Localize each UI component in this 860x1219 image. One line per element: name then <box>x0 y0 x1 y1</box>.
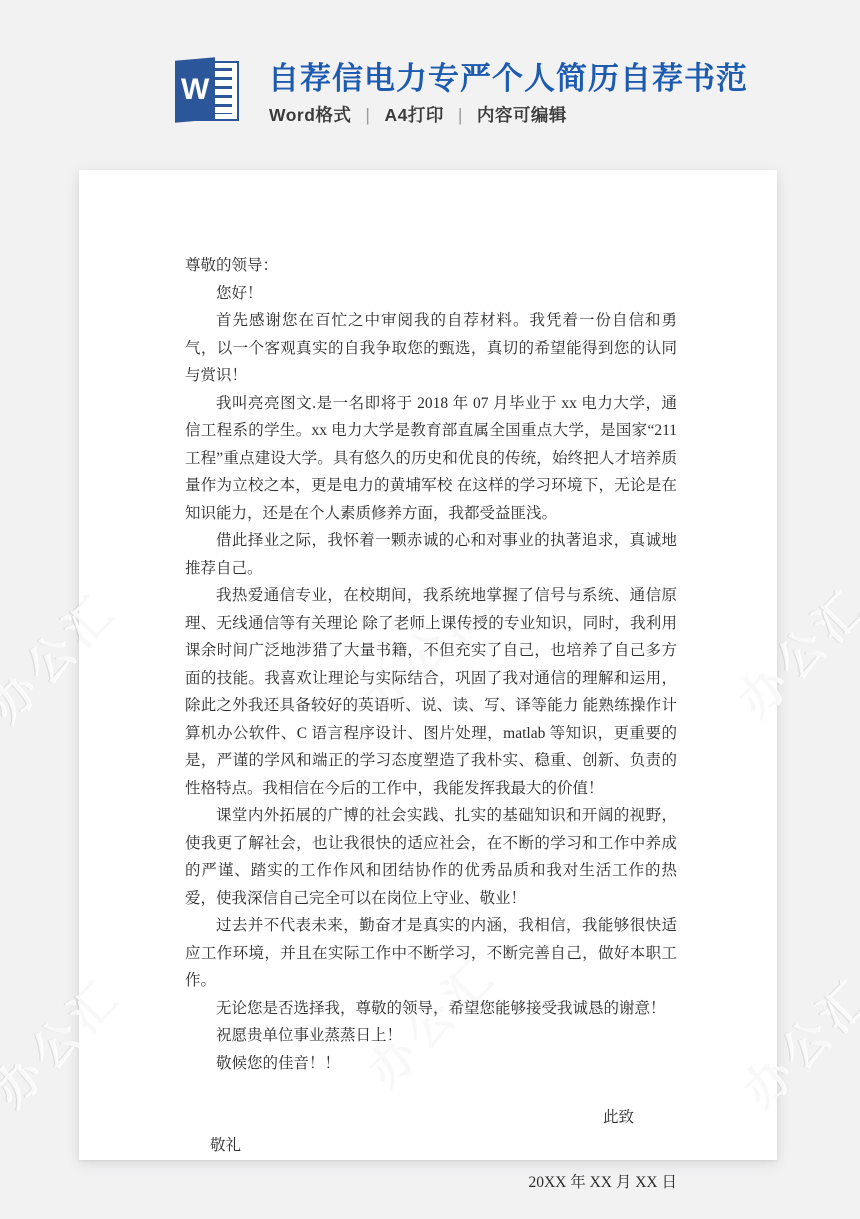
watermark-text: 办公汇 <box>720 570 860 729</box>
badge-a4-print: A4打印 <box>384 105 443 125</box>
letter-paragraph: 敬候您的佳音！！ <box>185 1050 677 1078</box>
site-header: W 自荐信电力专严个人简历自荐书范 Word格式|A4打印|内容可编辑 <box>0 0 860 150</box>
closing-date: 20XX 年 XX 月 XX 日 <box>185 1169 677 1197</box>
letter-paragraph: 无论您是否选择我，尊敬的领导，希望您能够接受我诚恳的谢意！ <box>185 995 677 1023</box>
badge-separator: | <box>365 105 370 125</box>
word-file-icon: W <box>175 56 243 128</box>
format-badges: Word格式|A4打印|内容可编辑 <box>269 102 567 127</box>
word-letter: W <box>181 73 209 107</box>
page-title: 自荐信电力专严个人简历自荐书范 <box>268 53 748 98</box>
badge-separator: | <box>458 105 463 125</box>
letter-paragraph: 我热爱通信专业，在校期间，我系统地掌握了信号与系统、通信原理、无线通信等有关理论… <box>185 582 677 802</box>
letter-paragraphs: 您好！首先感谢您在百忙之中审阅我的自荐材料。我凭着一份自信和勇气，以一个客观真实… <box>185 280 677 1078</box>
letter-content: 尊敬的领导： 您好！首先感谢您在百忙之中审阅我的自荐材料。我凭着一份自信和勇气，… <box>185 252 677 1120</box>
letter-paragraph: 我叫亮亮图文.是一名即将于 2018 年 07 月毕业于 xx 电力大学，通信工… <box>185 390 677 528</box>
badge-word-format: Word格式 <box>269 105 351 125</box>
letter-paragraph: 课堂内外拓展的广博的社会实践、扎实的基础知识和开阔的视野，使我更了解社会，也让我… <box>185 802 677 912</box>
word-w-badge: W <box>175 57 215 122</box>
closing-jingli: 敬礼 <box>185 1132 677 1160</box>
letter-paragraph: 祝愿贵单位事业蒸蒸日上！ <box>185 1022 677 1050</box>
document-page: 办公汇 办公汇 办公汇 办公汇 办公汇 办公汇 尊敬的领导： 您好！首先感谢您在… <box>79 170 777 1160</box>
watermark-text: 办公汇 <box>0 960 135 1119</box>
letter-paragraph: 首先感谢您在百忙之中审阅我的自荐材料。我凭着一份自信和勇气，以一个客观真实的自我… <box>185 307 677 390</box>
letter-salutation: 尊敬的领导： <box>185 252 677 280</box>
letter-paragraph: 过去并不代表未来，勤奋才是真实的内涵，我相信，我能够很快适应工作环境，并且在实际… <box>185 912 677 995</box>
letter-paragraph: 您好！ <box>185 280 677 308</box>
closing-cizhi: 此致 <box>185 1104 677 1132</box>
watermark-text: 办公汇 <box>0 575 130 734</box>
watermark-text: 办公汇 <box>725 960 860 1119</box>
letter-paragraph: 借此择业之际，我怀着一颗赤诚的心和对事业的执著追求，真诚地推荐自己。 <box>185 527 677 582</box>
badge-editable: 内容可编辑 <box>477 105 567 125</box>
